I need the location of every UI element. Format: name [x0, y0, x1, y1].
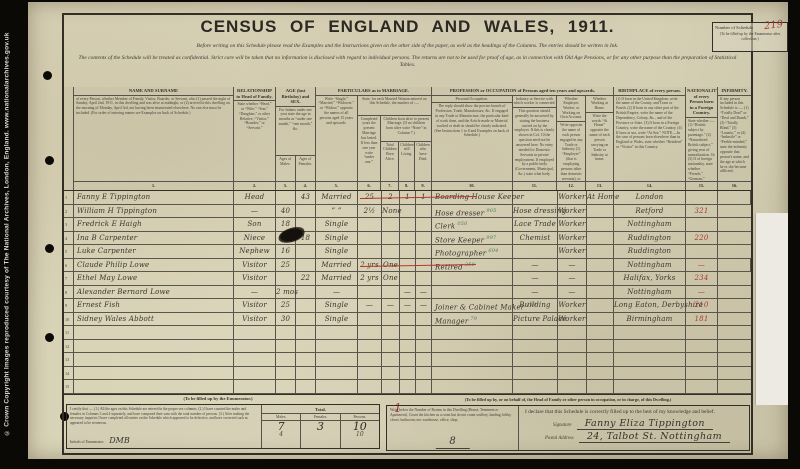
occupation-group-title: PROFESSION or OCCUPATION of Persons aged… [432, 87, 613, 96]
cell-working-at-home: At Home [587, 191, 614, 204]
cell-occupation [432, 286, 513, 299]
census-row: 3Fredrick E HaighSon18SingleClerk050Lace… [64, 218, 751, 232]
cell-children-died [416, 218, 432, 231]
children-born-label: Total Children Born Alive. [381, 142, 399, 182]
cell-marital-status: Married [316, 272, 358, 285]
row-number: 13 [64, 353, 74, 366]
cell-age-female [296, 353, 316, 366]
cell-children-born [382, 232, 400, 245]
column-number: 8. [399, 182, 415, 190]
column-number: 9. [415, 182, 431, 190]
cell-years-married [358, 367, 382, 380]
census-row: 9Ernest FishVisitor25Single————Joiner & … [64, 299, 751, 313]
cell-working-at-home [587, 326, 614, 339]
nationality-column-desc: State whether :— (1) “British subject by… [686, 118, 717, 182]
cell-age-female [296, 245, 316, 258]
column-number: 5. [316, 182, 358, 190]
cell-occupation [432, 367, 513, 380]
cell-relationship: Nephew [234, 245, 276, 258]
cell-children-died [416, 205, 432, 218]
nationality-column-title: NATIONALITY of every Person born in a Fo… [686, 87, 717, 118]
enumerator-certify-text: I certify that :— (1.) All the ages on t… [70, 407, 249, 425]
cell-working-at-home [587, 232, 614, 245]
cell-employment-status [558, 340, 587, 353]
age-column-desc: For Infants under one year state the age… [276, 107, 315, 156]
totals-table: Total. Males. Females. Persons. 7 4 3 [261, 405, 379, 448]
row-number: 7 [64, 272, 74, 285]
cell-age-female [296, 205, 316, 218]
cell-employment-status [558, 380, 587, 393]
cell-children-living [400, 367, 416, 380]
address-value: 24, Talbot St. Nottingham [579, 431, 730, 443]
cell-employment-status [558, 353, 587, 366]
cell-children-born: None [382, 205, 400, 218]
cell-name [74, 326, 234, 339]
birthplace-column-desc: (1) If born in the United Kingdom, write… [614, 96, 685, 182]
cell-employment-status: — [558, 259, 587, 272]
cell-nationality: 321 [686, 205, 718, 218]
column-number: 15. [686, 182, 717, 190]
census-row: 12 [64, 340, 751, 354]
row-number: 12 [64, 340, 74, 353]
cell-age-male [276, 272, 296, 285]
column-number: 11. [513, 182, 558, 190]
working-at-home-desc: Write the words “At Home” opposite the n… [586, 113, 613, 181]
cell-industry: Chemist [513, 232, 558, 245]
industry-label: Industry or Service with which worker is… [513, 96, 557, 108]
punch-hole [45, 244, 54, 253]
totals-title: Total. [262, 405, 379, 414]
occupation-code-pencil: 050 [457, 221, 467, 227]
census-row: 14 [64, 367, 751, 381]
cell-relationship [234, 326, 276, 339]
row-number: 1 [64, 191, 74, 204]
cell-name [74, 380, 234, 393]
cell-age-male [276, 191, 296, 204]
employer-worker-desc: Write opposite the name of each person e… [557, 122, 585, 181]
cell-years-married [358, 286, 382, 299]
cell-children-living [400, 340, 416, 353]
cell-marital-status: Single [316, 232, 358, 245]
cell-children-died [416, 313, 432, 326]
column-number: 4. [296, 182, 315, 190]
cell-birthplace: Nottingham [614, 286, 686, 299]
cell-marital-status: Single [316, 245, 358, 258]
cell-occupation [432, 340, 513, 353]
cell-children-living: — [400, 299, 416, 312]
cell-infirmity [718, 191, 751, 204]
census-row: 15 [64, 380, 751, 394]
cell-age-male: 25 [276, 299, 296, 312]
cell-marital-status: Single [316, 299, 358, 312]
cell-infirmity [718, 313, 751, 326]
cell-children-living: — [400, 286, 416, 299]
cell-nationality: 234 [686, 272, 718, 285]
census-form-paper: Number of Schedule (To be filled up by t… [28, 2, 788, 459]
census-row: 6Claude Philip LoweVisitor25Married2 yrs… [64, 259, 751, 273]
cell-industry [513, 367, 558, 380]
cell-nationality [686, 353, 718, 366]
totals-males-value: 7 4 [262, 421, 301, 448]
cell-nationality [686, 340, 718, 353]
cell-age-female [296, 299, 316, 312]
cell-name: Sidney Wales Abbott [74, 313, 234, 326]
cell-nationality: — [686, 259, 718, 272]
header-infirmity-column: INFIRMITY. If any person included in thi… [718, 87, 751, 190]
cell-children-died: — [416, 299, 432, 312]
row-number: 11 [64, 326, 74, 339]
cell-birthplace [614, 326, 686, 339]
cell-industry [513, 353, 558, 366]
cell-age-male [276, 353, 296, 366]
census-row: 7Ethel May LoweVisitor22Married2 yrsOne—… [64, 272, 751, 286]
cell-children-living [400, 218, 416, 231]
cell-relationship: Son [234, 218, 276, 231]
cell-nationality: — [686, 286, 718, 299]
cell-relationship: Visitor [234, 299, 276, 312]
cell-children-died [416, 340, 432, 353]
cell-working-at-home [587, 272, 614, 285]
row-number: 10 [64, 313, 74, 326]
occupation-code-pencil: 604 [488, 248, 498, 254]
cell-name: Ernest Fish [74, 299, 234, 312]
marriage-status-desc: Write “Single,” “Married,” “Widower,” or… [316, 96, 357, 182]
column-number: 16. [718, 182, 751, 190]
cell-age-female [296, 367, 316, 380]
cell-years-married [358, 380, 382, 393]
cell-relationship: Head [234, 191, 276, 204]
cell-industry: Lace Trade [513, 218, 558, 231]
cell-name: Fanny E Tippington [74, 191, 234, 204]
totals-females-value: 3 [301, 421, 340, 448]
cell-infirmity [718, 353, 751, 366]
cell-birthplace [614, 340, 686, 353]
header-nationality-column: NATIONALITY of every Person born in a Fo… [686, 87, 718, 190]
cell-industry: — [513, 272, 558, 285]
cell-children-living [400, 232, 416, 245]
punch-hole [45, 333, 54, 342]
row-number: 9 [64, 299, 74, 312]
cell-working-at-home [587, 205, 614, 218]
cell-marital-status: Married [316, 191, 358, 204]
cell-age-male [276, 340, 296, 353]
children-desc: Children born alive to present Marriage.… [381, 116, 431, 142]
cell-name: Alexander Bernard Lowe [74, 286, 234, 299]
cell-years-married: — [358, 299, 382, 312]
cell-infirmity [718, 367, 751, 380]
address-row: Postal Address 24, Talbot St. Nottingham [525, 431, 743, 442]
cell-industry [513, 380, 558, 393]
cell-employment-status: Worker [558, 218, 587, 231]
row-number: 2 [64, 205, 74, 218]
cell-age-male [276, 326, 296, 339]
cell-children-living [400, 326, 416, 339]
cell-relationship: Visitor [234, 259, 276, 272]
cell-nationality [686, 326, 718, 339]
declaration-area: I declare that this Schedule is correctl… [519, 406, 749, 450]
signature-label: Signature [553, 423, 571, 428]
census-table-header: NAME AND SURNAME of every Person, whethe… [64, 87, 751, 191]
header-row-number-column [64, 87, 74, 190]
header-birthplace-column: BIRTHPLACE of every person. (1) If born … [614, 87, 686, 190]
cell-birthplace: Ruddington [614, 245, 686, 258]
cell-nationality [686, 245, 718, 258]
declaration-text: I declare that this Schedule is correctl… [525, 409, 743, 415]
schedule-number-note: (To be filled up by the Enumerator after… [715, 32, 785, 42]
cell-infirmity [718, 232, 751, 245]
row-number: 4 [64, 232, 74, 245]
cell-relationship [234, 340, 276, 353]
relationship-column-title: RELATIONSHIP to Head of Family. [234, 87, 275, 101]
enumerator-certify: I certify that :— (1.) All the ages on t… [67, 405, 261, 448]
instruction-line-2: The contents of the Schedule will be tre… [72, 55, 743, 70]
signature-row: Signature Fanny Eliza Tippington [525, 418, 743, 429]
rooms-instruction: Write below the Number of Rooms in this … [390, 408, 512, 422]
cell-relationship [234, 367, 276, 380]
schedule-number-value: 219 [763, 19, 783, 32]
cell-children-died: — [416, 286, 432, 299]
cell-name: Ethel May Lowe [74, 272, 234, 285]
cell-occupation: Joiner & Cabinet Maker310 [432, 299, 513, 312]
cell-occupation: Clerk050 [432, 218, 513, 231]
cell-years-married [358, 218, 382, 231]
signature-value: Fanny Eliza Tippington [577, 418, 713, 430]
cell-birthplace: Nottingham [614, 218, 686, 231]
cell-occupation: Hose dresser905 [432, 205, 513, 218]
cell-children-died [416, 326, 432, 339]
cell-name: Luke Carpenter [74, 245, 234, 258]
cell-years-married [358, 326, 382, 339]
cell-birthplace [614, 380, 686, 393]
cell-children-living [400, 380, 416, 393]
cell-age-female [296, 380, 316, 393]
cell-nationality: 220 [686, 232, 718, 245]
cell-nationality [686, 191, 718, 204]
cell-children-born: One [382, 272, 400, 285]
cell-nationality: 181 [686, 313, 718, 326]
column-number: 1. [74, 182, 233, 190]
cell-children-living [400, 313, 416, 326]
row-number: 6 [64, 259, 74, 272]
employer-worker-label: Whether Employer, Worker, or Working on … [557, 96, 585, 123]
name-column-title: NAME AND SURNAME [74, 87, 233, 96]
scanned-document: © Crown Copyright Images reproduced cour… [0, 0, 800, 469]
cell-name [74, 340, 234, 353]
cell-industry [513, 340, 558, 353]
cell-occupation: Store Keeper997 [432, 232, 513, 245]
cell-children-born [382, 367, 400, 380]
rooms-value: 8 [435, 435, 469, 449]
cell-children-died [416, 380, 432, 393]
cell-years-married [358, 353, 382, 366]
cell-children-died [416, 232, 432, 245]
cell-age-male: 25 [276, 259, 296, 272]
cell-employment-status [558, 367, 587, 380]
industry-desc: This question should generally be answer… [513, 108, 557, 181]
census-row: 8Alexander Bernard Lowe—2 mos—————Nottin… [64, 286, 751, 300]
census-row: 11 [64, 326, 751, 340]
cell-infirmity [718, 286, 751, 299]
cell-children-born [382, 286, 400, 299]
initials-value: DMB [109, 436, 129, 445]
row-number: 14 [64, 367, 74, 380]
cell-birthplace: Ruddington [614, 232, 686, 245]
census-row: 2William H Tippington—40” ”2½NoneHose dr… [64, 205, 751, 219]
cell-children-born [382, 380, 400, 393]
cell-age-male: 16 [276, 245, 296, 258]
row-number: 3 [64, 218, 74, 231]
cell-children-died [416, 353, 432, 366]
cell-working-at-home [587, 353, 614, 366]
cell-marital-status [316, 353, 358, 366]
cell-employment-status: — [558, 272, 587, 285]
census-row: 5Luke CarpenterNephew16SinglePhotographe… [64, 245, 751, 259]
cell-children-living [400, 272, 416, 285]
cell-industry [513, 326, 558, 339]
column-number: 13. [586, 182, 613, 190]
cell-children-born [382, 353, 400, 366]
header-relationship-column: RELATIONSHIP to Head of Family. State wh… [234, 87, 276, 190]
children-living-label: Children still Living. [399, 142, 415, 182]
cell-marital-status [316, 326, 358, 339]
instruction-line-1: Before writing on this Schedule please r… [78, 43, 738, 49]
age-column-title: AGE (last Birthday) and SEX. [276, 87, 315, 107]
cell-employment-status: Worker [558, 313, 587, 326]
cell-age-female [296, 326, 316, 339]
cell-age-male: 40 [276, 205, 296, 218]
column-number: 14. [614, 182, 685, 190]
enumerator-box: I certify that :— (1.) All the ages on t… [66, 404, 380, 449]
schedule-number-box: Number of Schedule (To be filled up by t… [712, 22, 788, 52]
cell-working-at-home [587, 218, 614, 231]
cell-infirmity [718, 218, 751, 231]
cell-relationship: Niece [234, 232, 276, 245]
cell-infirmity [718, 245, 751, 258]
header-age-column: AGE (last Birthday) and SEX. For Infants… [276, 87, 316, 190]
cell-age-female [296, 340, 316, 353]
cell-relationship: Visitor [234, 313, 276, 326]
cell-name: Ina B Carpenter [74, 232, 234, 245]
personal-occupation-label: Personal Occupation. [432, 96, 512, 104]
cell-age-female [296, 313, 316, 326]
married-woman-desc: State, for each Married Woman entered on… [358, 96, 431, 116]
cell-occupation [432, 326, 513, 339]
cell-marital-status: Single [316, 218, 358, 231]
copyright-watermark: © Crown Copyright Images reproduced cour… [0, 0, 14, 469]
punch-hole [45, 156, 54, 165]
cell-occupation: Manager79 [432, 313, 513, 326]
cell-working-at-home [587, 340, 614, 353]
cell-name [74, 353, 234, 366]
cell-birthplace: Retford [614, 205, 686, 218]
occupation-code-pencil: 997 [486, 235, 496, 241]
cell-industry [513, 245, 558, 258]
cell-children-born: — [382, 299, 400, 312]
cell-years-married: 2 yrs [358, 272, 382, 285]
declaration-box: Write below the Number of Rooms in this … [386, 405, 750, 451]
cell-relationship: Visitor [234, 272, 276, 285]
cell-children-born [382, 313, 400, 326]
cell-birthplace: Birmingham [614, 313, 686, 326]
cell-name: Fredrick E Haigh [74, 218, 234, 231]
cell-relationship: — [234, 286, 276, 299]
cell-birthplace: London [614, 191, 686, 204]
birthplace-column-title: BIRTHPLACE of every person. [614, 87, 685, 96]
cell-years-married: 2½ [358, 205, 382, 218]
initials-label: Initials of Enumerator. [70, 440, 104, 444]
address-label: Postal Address [545, 436, 574, 441]
cell-working-at-home [587, 380, 614, 393]
cell-marital-status: Single [316, 313, 358, 326]
column-number: 3. [276, 182, 296, 190]
cell-nationality [686, 380, 718, 393]
header-occupation-group: PROFESSION or OCCUPATION of Persons aged… [432, 87, 614, 190]
cell-infirmity [718, 299, 751, 312]
cell-industry: — [513, 286, 558, 299]
cell-birthplace [614, 353, 686, 366]
cell-children-living [400, 205, 416, 218]
cell-years-married [358, 245, 382, 258]
cell-name [74, 367, 234, 380]
cell-age-female: 22 [296, 272, 316, 285]
cell-age-male [276, 367, 296, 380]
cell-children-died [416, 272, 432, 285]
personal-occupation-desc: The reply should show the precise branch… [432, 103, 512, 181]
occupation-code-pencil: 79 [470, 316, 477, 322]
cell-industry: Hose dressing [513, 205, 558, 218]
cell-infirmity [718, 259, 751, 272]
census-form: CENSUS OF ENGLAND AND WALES, 1911. Befor… [62, 13, 753, 455]
column-number: 7. [381, 182, 399, 190]
ages-of-males-label: Ages of Males. [276, 156, 296, 181]
cell-nationality [686, 218, 718, 231]
column-number: 2. [234, 182, 275, 190]
cell-infirmity [718, 340, 751, 353]
cell-industry: — [513, 259, 558, 272]
census-row: 1Fanny E TippingtonHead43Married25211Boa… [64, 191, 751, 205]
cell-birthplace: Long Eaton, Derbyshire [614, 299, 686, 312]
enumerator-section-heading: (To be filled up by the Enumerator.) [68, 396, 368, 401]
cell-working-at-home [587, 286, 614, 299]
row-number: 15 [64, 380, 74, 393]
cell-working-at-home [587, 313, 614, 326]
cell-name: Claude Philip Lowe [74, 259, 234, 272]
cell-years-married [358, 232, 382, 245]
column-number: 6. [358, 182, 382, 190]
cell-children-living [400, 245, 416, 258]
cell-infirmity [718, 205, 751, 218]
cell-industry: Picture Palace [513, 313, 558, 326]
cell-employment-status: Worker [558, 299, 587, 312]
cell-marital-status [316, 340, 358, 353]
cell-age-male [276, 380, 296, 393]
cell-employment-status [558, 326, 587, 339]
cell-industry: Building [513, 299, 558, 312]
cell-age-female [296, 286, 316, 299]
cell-employment-status: Worker [558, 245, 587, 258]
cell-infirmity [718, 272, 751, 285]
cell-birthplace [614, 367, 686, 380]
cell-relationship: — [234, 205, 276, 218]
cell-employment-status: Worker [558, 232, 587, 245]
cell-working-at-home [587, 259, 614, 272]
cell-marital-status [316, 380, 358, 393]
cell-years-married [358, 340, 382, 353]
cell-age-male: 30 [276, 313, 296, 326]
cell-marital-status: ” ” [316, 205, 358, 218]
punch-hole [43, 71, 52, 80]
cell-marital-status: Married [316, 259, 358, 272]
